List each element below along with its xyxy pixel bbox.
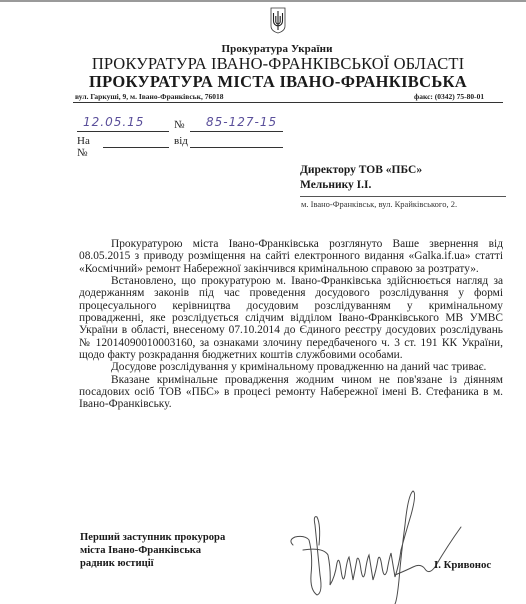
page-top-border <box>0 0 526 2</box>
number-label: № <box>174 119 185 131</box>
letterhead-divider <box>73 102 503 103</box>
letterhead-regional-office: ПРОКУРАТУРА ІВАНО-ФРАНКІВСЬКОЇ ОБЛАСТІ <box>0 54 526 74</box>
letterhead-fax: факс: (0342) 75-80-01 <box>414 92 484 101</box>
ukraine-trident-icon <box>270 7 286 34</box>
date-field: 12.05.15 <box>77 118 169 132</box>
signer-name: І. Кривонос <box>434 559 491 571</box>
body-paragraph-3: Досудове розслідування у кримінальному п… <box>79 361 503 373</box>
number-field: 85-127-15 <box>190 118 283 132</box>
letter-body: Прокуратурою міста Івано-Франківська роз… <box>79 238 503 411</box>
recipient-address: м. Івано-Франківськ, вул. Крайківського,… <box>301 199 457 209</box>
recipient-block: Директору ТОВ «ПБС» Мельнику І.І. <box>300 163 422 192</box>
letterhead-address: вул. Гаркуші, 9, м. Івано-Франківськ, 76… <box>75 92 223 101</box>
signer-title-block: Перший заступник прокурора міста Івано-Ф… <box>80 532 225 570</box>
reply-from-label: від <box>174 135 188 147</box>
handwritten-signature-icon <box>283 485 483 604</box>
signer-title-line3: радник юстиції <box>80 558 225 571</box>
handwritten-number: 85-127-15 <box>206 115 277 129</box>
recipient-divider <box>300 196 506 197</box>
reply-to-label: На № <box>77 135 90 159</box>
body-paragraph-2: Встановлено, що прокуратурою м. Івано-Фр… <box>79 275 503 361</box>
body-paragraph-4: Вказане кримінальне провадження жодним ч… <box>79 374 503 411</box>
letterhead-city-office: ПРОКУРАТУРА МІСТА ІВАНО-ФРАНКІВСЬКА <box>0 72 526 92</box>
signer-title-line2: міста Івано-Франківська <box>80 545 225 558</box>
body-paragraph-1: Прокуратурою міста Івано-Франківська роз… <box>79 238 503 275</box>
recipient-name: Мельнику І.І. <box>300 178 422 193</box>
handwritten-date: 12.05.15 <box>83 115 144 129</box>
recipient-position: Директору ТОВ «ПБС» <box>300 163 422 178</box>
signer-title-line1: Перший заступник прокурора <box>80 532 225 545</box>
reply-number-field <box>103 134 169 148</box>
reply-date-field <box>190 134 283 148</box>
